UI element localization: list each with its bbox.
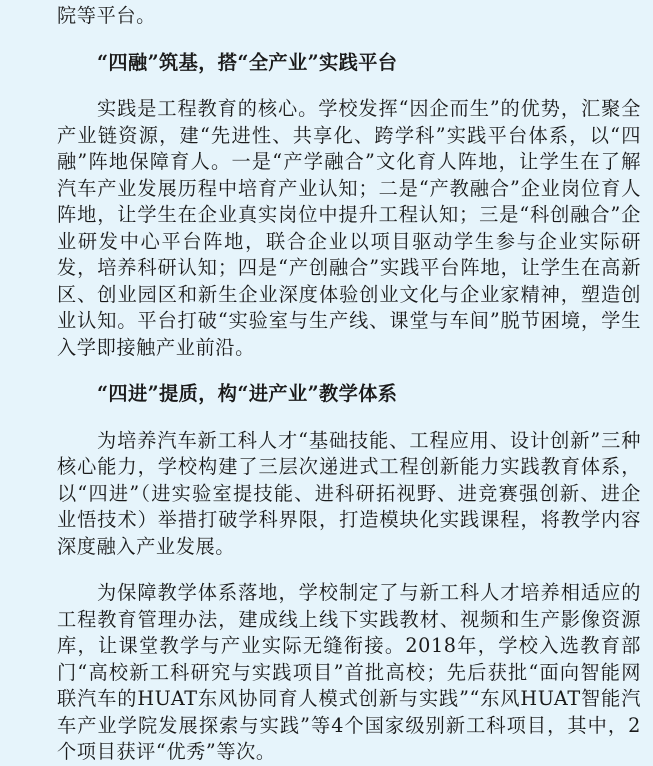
lead-fragment: 院等平台。	[57, 3, 641, 30]
section-heading-2: “四进”提质，构“进产业”教学体系	[57, 381, 641, 408]
section-2-paragraph-1: 为培养汽车新工科人才“基础技能、工程应用、设计创新”三种核心能力，学校构建了三层…	[57, 428, 641, 561]
section-heading-1: “四融”筑基，搭“全产业”实践平台	[57, 50, 641, 77]
section-1-paragraph-1: 实践是工程教育的核心。学校发挥“因企而生”的优势，汇聚全产业链资源，建“先进性、…	[57, 96, 641, 361]
section-2-paragraph-2: 为保障教学体系落地，学校制定了与新工科人才培养相适应的工程教育管理办法，建成线上…	[57, 580, 641, 669]
article-body: 院等平台。 “四融”筑基，搭“全产业”实践平台 实践是工程教育的核心。学校发挥“…	[57, 0, 641, 669]
